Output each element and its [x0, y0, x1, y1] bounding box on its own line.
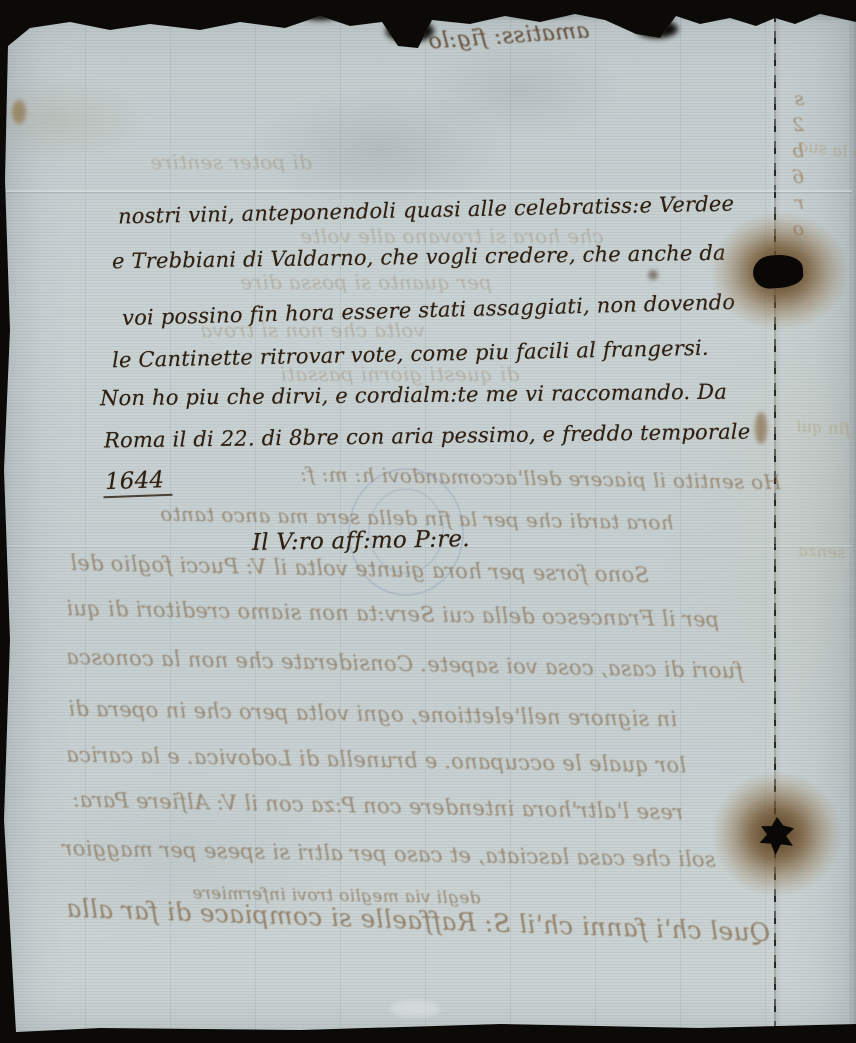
- letter-date-year: 1644: [103, 467, 173, 498]
- bleedthrough-line: per il Francesco della cui Serv:ta non s…: [66, 596, 720, 631]
- edge-stain: [12, 100, 26, 124]
- letter-paper-sheet: amatiss: fig:lo di poter sentire che hor…: [0, 0, 856, 1043]
- letter-body-line: voi possino fin hora essere stati assagg…: [122, 290, 736, 330]
- bleedthrough-line: in signore nell'elettione, ogni volta pe…: [68, 697, 677, 732]
- bleedthrough-line: rese l'altr'hora intendere con P:za con …: [72, 788, 684, 825]
- letter-body-line: Roma il di 22. di 8bre con aria pessimo,…: [104, 419, 751, 452]
- bleedthrough-fragment: per quanto si possa dire: [240, 270, 492, 294]
- letter-body-line: e Trebbiani di Valdarno, che vogli crede…: [112, 241, 726, 274]
- char-burn-blob: [300, 8, 340, 20]
- bleedthrough-fragment: di poter sentire: [150, 150, 312, 174]
- fold-stain: [755, 412, 767, 444]
- charred-top-edge: [0, 0, 856, 22]
- bleedthrough-line: Sono forse per hora giunte volta il V: P…: [70, 551, 649, 587]
- bleedthrough-line: soli che casa lasciata, et caso per altr…: [62, 836, 716, 871]
- right-margin-fragment: fin qui: [795, 416, 850, 439]
- letter-body-line: Non ho piu che dirvi, e cordialm:te me v…: [100, 380, 727, 411]
- right-margin-fragment: e la sua: [797, 136, 856, 164]
- letter-body-line: nostri vini, anteponendoli quasi alle ce…: [118, 192, 735, 229]
- char-burn-blob: [636, 20, 678, 38]
- bleedthrough-line: fuori di casa, cosa voi sapete. Consider…: [66, 645, 744, 683]
- char-burn-blob: [508, 6, 568, 16]
- top-annotation-mirrored: amatiss: fig:lo: [427, 18, 590, 54]
- paper-abrasion: [390, 1000, 440, 1018]
- ink-spot: [648, 270, 658, 280]
- photograph-background: amatiss: fig:lo di poter sentire che hor…: [0, 0, 856, 1043]
- bleedthrough-line: lor quale le occupano. e brunella di Lod…: [66, 743, 686, 778]
- letter-signature: Il V:ro aff:mo P:re.: [252, 526, 470, 556]
- right-margin-fragment: senza: [798, 541, 846, 562]
- bleedthrough-line: hora tardi che per la fin della sera ma …: [160, 502, 674, 535]
- burn-hole-lower: [702, 762, 852, 912]
- burn-hole-upper: [700, 203, 856, 345]
